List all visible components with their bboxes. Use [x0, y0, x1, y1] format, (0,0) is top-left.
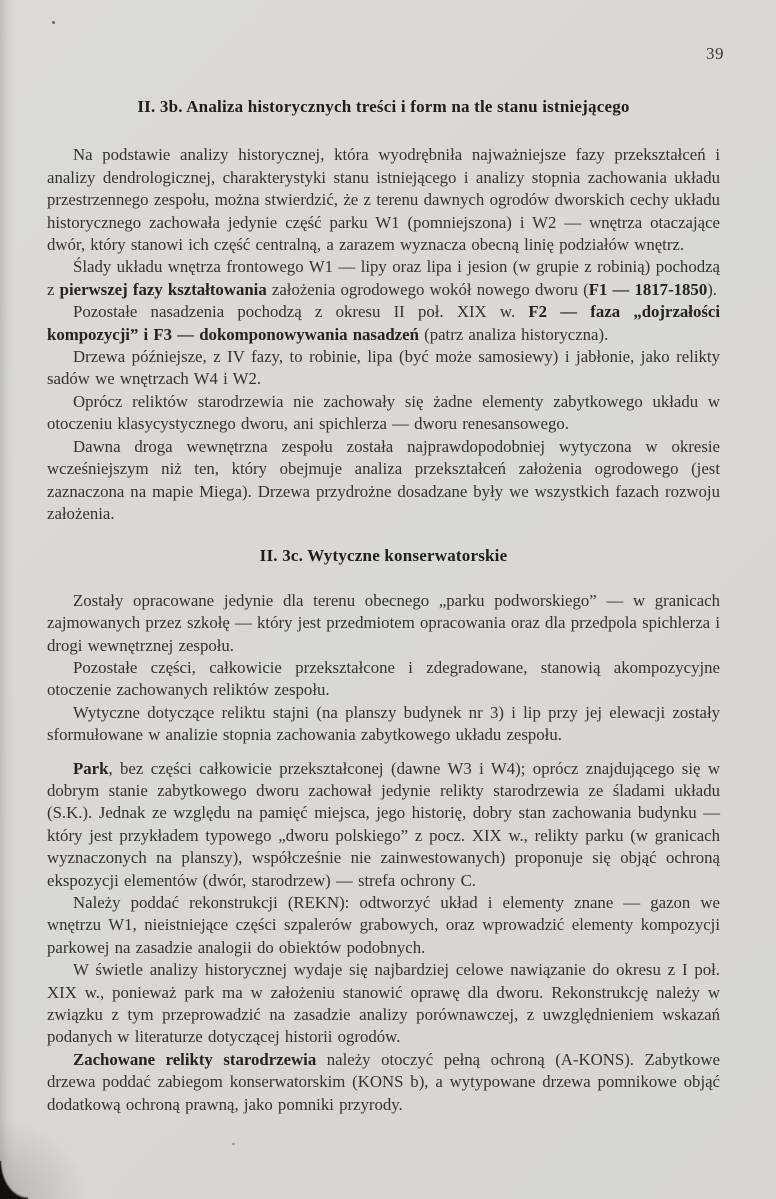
- paragraph: Zostały opracowane jedynie dla terenu ob…: [47, 590, 720, 657]
- paragraph: Wytyczne dotyczące reliktu stajni (na pl…: [47, 702, 720, 747]
- paragraph: Dawna droga wewnętrzna zespołu została n…: [47, 436, 720, 526]
- paragraph: Oprócz reliktów starodrzewia nie zachowa…: [47, 391, 720, 436]
- scan-speck: [52, 21, 55, 24]
- paragraph: Należy poddać rekonstrukcji (REKN): odtw…: [47, 892, 720, 959]
- paragraph: W świetle analizy historycznej wydaje si…: [47, 959, 720, 1049]
- paragraph: Pozostałe nasadzenia pochodzą z okresu I…: [47, 301, 720, 346]
- section-heading: II. 3c. Wytyczne konserwatorskie: [47, 545, 720, 567]
- paragraph: Drzewa późniejsze, z IV fazy, to robinie…: [47, 346, 720, 391]
- scan-corner-artifact: [0, 1161, 28, 1199]
- paragraph: Zachowane relikty starodrzewia należy ot…: [47, 1049, 720, 1116]
- paragraph: Na podstawie analizy historycznej, która…: [47, 144, 720, 256]
- section-heading: II. 3b. Analiza historycznych treści i f…: [47, 96, 720, 118]
- scan-speck: [232, 1143, 235, 1145]
- paragraph: Ślady układu wnętrza frontowego W1 — lip…: [47, 256, 720, 301]
- paragraph: Park, bez części całkowicie przekształco…: [47, 758, 720, 892]
- document-content: II. 3b. Analiza historycznych treści i f…: [47, 0, 720, 1116]
- paragraph: Pozostałe części, całkowicie przekształc…: [47, 657, 720, 702]
- scanned-page: 39 II. 3b. Analiza historycznych treści …: [0, 0, 776, 1199]
